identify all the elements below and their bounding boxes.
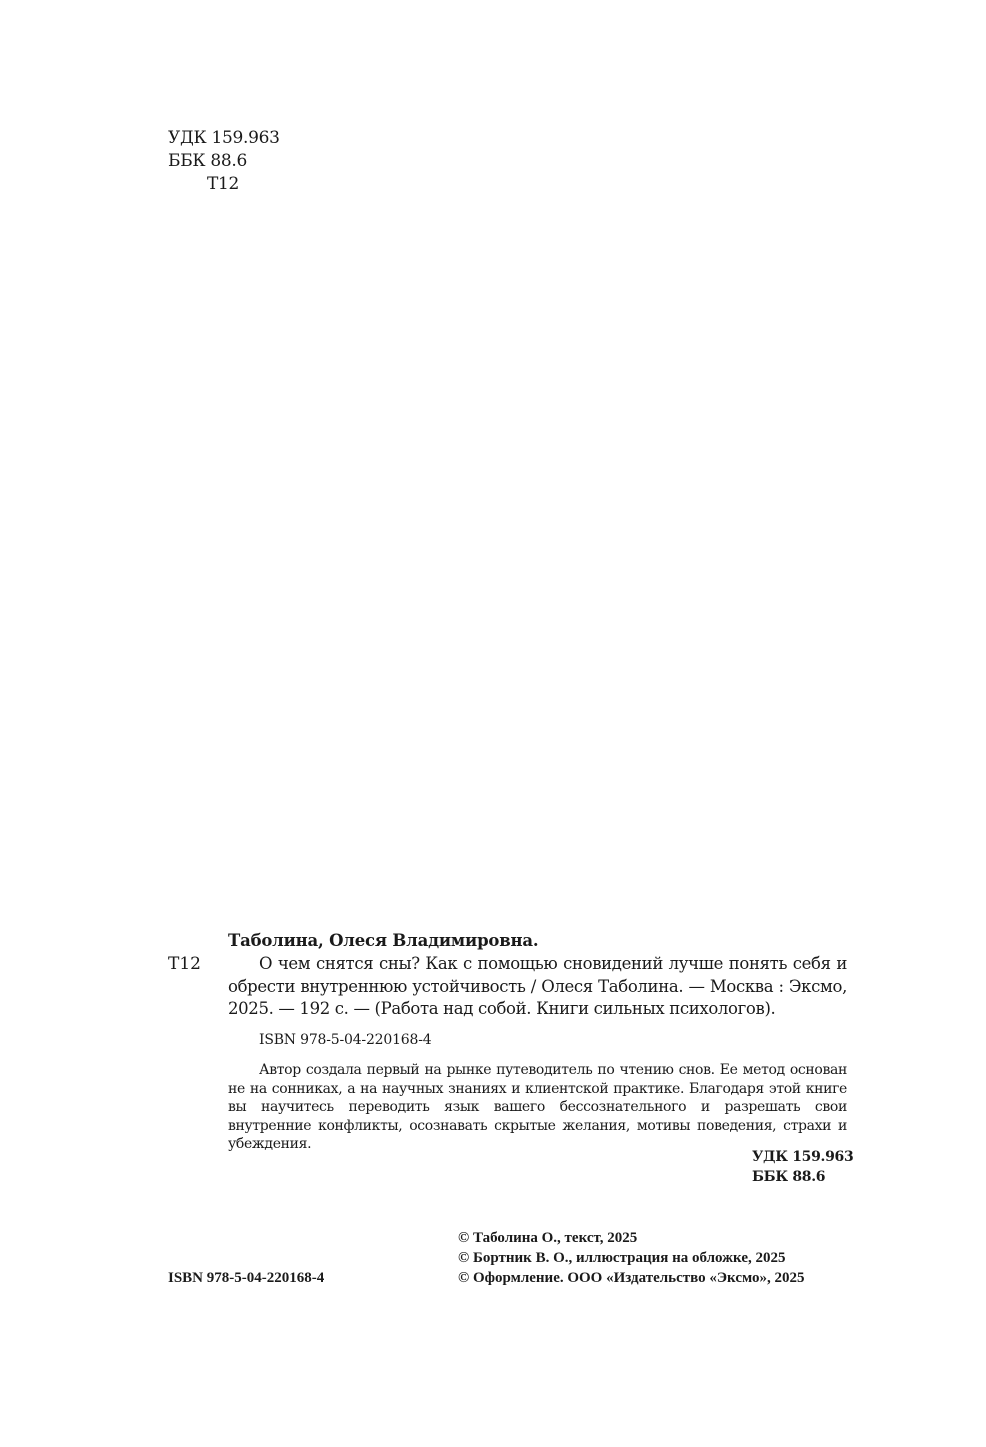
udk-code: УДК 159.963: [168, 127, 280, 150]
author-mark: Т12: [168, 953, 201, 975]
copyright-design: © Оформление. ООО «Издательство «Эксмо»,…: [458, 1268, 805, 1288]
bbk-code-bottom: ББК 88.6: [752, 1167, 853, 1187]
copyright-text: © Таболина О., текст, 2025: [458, 1228, 805, 1248]
record-isbn: ISBN 978-5-04-220168-4: [259, 1030, 431, 1050]
udk-code-bottom: УДК 159.963: [752, 1147, 853, 1167]
copyright-block: © Таболина О., текст, 2025 © Бортник В. …: [458, 1228, 805, 1288]
bbk-code: ББК 88.6: [168, 150, 280, 173]
top-classification-block: УДК 159.963 ББК 88.6 Т12: [168, 127, 280, 196]
copyright-illustration: © Бортник В. О., иллюстрация на обложке,…: [458, 1248, 805, 1268]
bottom-classification-block: УДК 159.963 ББК 88.6: [752, 1147, 853, 1187]
annotation: Автор создала первый на рынке путеводите…: [228, 1061, 847, 1154]
author-sign: Т12: [168, 173, 280, 196]
bibliographic-text: О чем снятся сны? Как с помощью сновиден…: [228, 954, 847, 1018]
annotation-text: Автор создала первый на рынке путеводите…: [228, 1062, 847, 1152]
bibliographic-description: О чем снятся сны? Как с помощью сновиден…: [228, 953, 847, 1021]
author-heading: Таболина, Олеся Владимировна.: [228, 930, 538, 952]
footer-isbn: ISBN 978-5-04-220168-4: [168, 1268, 324, 1288]
